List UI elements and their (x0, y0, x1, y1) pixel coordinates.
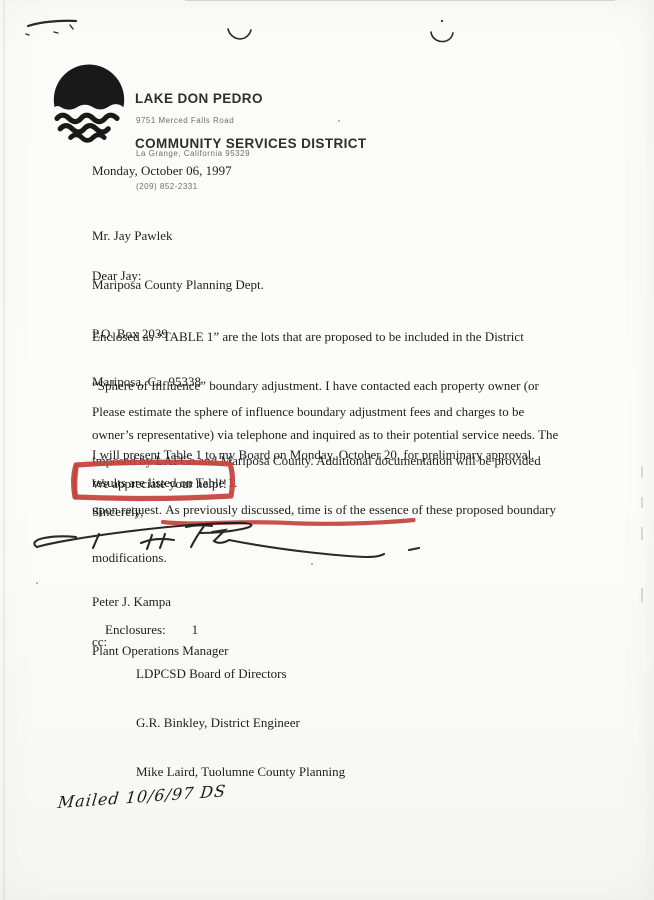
bleed-through-mark (641, 527, 643, 540)
salutation: Dear Jay: (92, 268, 141, 284)
address-line2: La Grange, California 95329 (136, 148, 250, 159)
scan-edge-artifact (185, 0, 615, 1)
scan-edge-artifact (3, 0, 5, 900)
staple-curl-mark (428, 18, 458, 46)
bleed-through-mark (641, 588, 643, 602)
letter-date: Monday, October 06, 1997 (92, 163, 232, 179)
paragraph-1-line: Enclosed as “TABLE 1” are the lots that … (92, 329, 558, 345)
bleed-through-mark (641, 466, 643, 478)
scanned-letter-page: LAKE DON PEDRO COMMUNITY SERVICES DISTRI… (0, 0, 654, 900)
scan-speck (338, 120, 340, 122)
cc-entry: Mike Laird, Tuolumne County Planning (136, 764, 345, 780)
recipient-name: Mr. Jay Pawlek (92, 228, 264, 244)
scan-speck (36, 582, 38, 584)
paragraph-2-line: Please estimate the sphere of influence … (92, 404, 556, 420)
text-segment: of these proposed boundary (409, 502, 556, 517)
scan-speck (311, 563, 313, 565)
address-line1: 9751 Merced Falls Road (136, 115, 250, 126)
pen-scribble-mark (24, 12, 80, 40)
sun-over-water-icon (49, 57, 129, 143)
boxed-note: We appreciate your help!! (92, 476, 227, 492)
cc-entry: LDPCSD Board of Directors (136, 666, 345, 682)
handwritten-signature (28, 516, 428, 564)
bleed-through-mark (641, 497, 643, 508)
phone-number: (209) 852-2331 (136, 181, 250, 192)
staple-curl-mark (226, 26, 254, 46)
cc-label: cc: (92, 634, 107, 650)
cc-entry: G.R. Binkley, District Engineer (136, 715, 345, 731)
